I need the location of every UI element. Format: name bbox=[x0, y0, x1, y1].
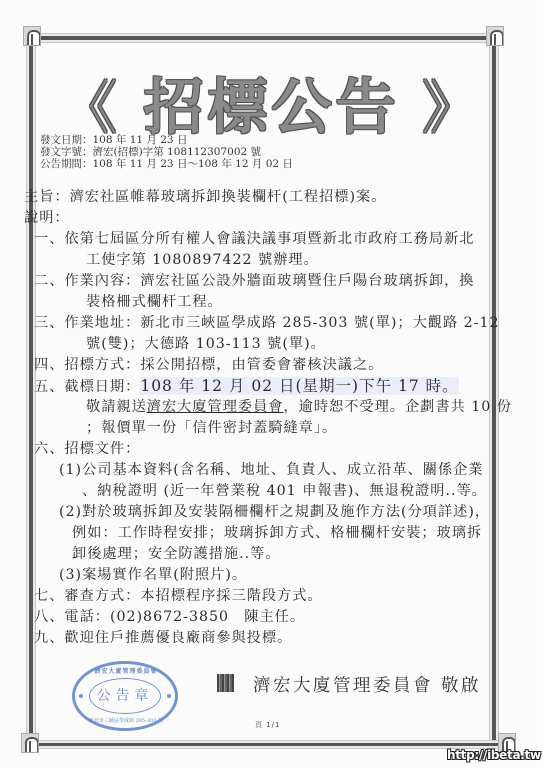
signature: 濟宏大廈管理委員會 敬啟 bbox=[253, 672, 481, 697]
stamp-top-text: 濟宏大廈管理委員會 bbox=[89, 666, 163, 675]
item-three-line-2: 號(雙)；大德路 103-113 號(單)。 bbox=[24, 334, 494, 355]
item-one-line-1: 一、依第七屆區分所有權人會議決議事項暨新北市政府工務局新北 bbox=[24, 229, 494, 250]
subject: 主旨：濟宏社區帷幕玻璃拆卸換裝欄杆(工程招標)案。 bbox=[24, 187, 494, 208]
stamp-dot-icon bbox=[167, 694, 171, 698]
item-two-line-1: 二、作業內容：濟宏社區公設外牆面玻璃暨住戶陽台玻璃拆卸，換 bbox=[24, 271, 494, 292]
item-six-1-line-2: 、納稅證明 (近一年營業稅 401 申報書)、無退稅證明..等。 bbox=[24, 481, 494, 502]
item-five-line-1: 五、截標日期：108 年 12 月 02 日(星期一)下午 17 時。 bbox=[24, 376, 494, 397]
item-six-2-line-3: 卸後處理；安全防護措施..等。 bbox=[24, 544, 494, 565]
stamp-center-text: 公告章 bbox=[90, 685, 160, 705]
frame-border-bottom bbox=[35, 740, 505, 749]
stamp-inner-oval: 公告章 bbox=[89, 678, 161, 714]
deadline-label: 五、截標日期： bbox=[34, 379, 140, 395]
issue-date: 發文日期：108 年 11 月 23 日 bbox=[40, 134, 293, 146]
announcement-period: 公告期間：108 年 11 月 23 日～108 年 12 月 02 日 bbox=[40, 158, 293, 170]
item-nine: 九、歡迎住戶推薦優良廠商參與投標。 bbox=[24, 628, 494, 649]
item-four: 四、招標方式：採公開招標，由管委會審核決議之。 bbox=[24, 355, 494, 376]
title-text: 招標公告 bbox=[144, 73, 400, 143]
item-eight: 八、電話：(02)8672-3850 陳主任。 bbox=[24, 607, 494, 628]
title-close-bracket: 》 bbox=[422, 74, 484, 142]
title-open-bracket: 《 bbox=[59, 74, 121, 142]
stamp-dot-icon bbox=[79, 694, 83, 698]
item-two-line-2: 裝格柵式欄杆工程。 bbox=[24, 292, 494, 313]
item-seven: 七、審查方式：本招標程序採三階段方式。 bbox=[24, 586, 494, 607]
page-number: 頁 1/1 bbox=[255, 720, 281, 730]
deadline-value: 108 年 12 月 02 日(星期一)下午 17 時。 bbox=[140, 377, 458, 395]
committee-name: 濟宏大廈管理委員會 bbox=[147, 399, 284, 415]
watermark: http://ibeta.tw bbox=[447, 748, 541, 762]
frame-corner-ornament-icon bbox=[21, 733, 39, 753]
frame-corner-ornament-icon bbox=[486, 26, 504, 46]
official-seal-stamp: 濟宏大廈管理委員會 公告章 新北市三峽區學成路 285-303 號 bbox=[72, 661, 178, 731]
item-six-1-line-1: (1)公司基本資料(含名稱、地址、負責人、成立沿革、關係企業 bbox=[24, 460, 494, 481]
building-logo-icon bbox=[217, 674, 234, 692]
explanation-label: 說明： bbox=[24, 208, 494, 229]
deliver-prefix: 敬請親送 bbox=[86, 399, 147, 415]
item-six: 六、招標文件： bbox=[24, 439, 494, 460]
document-body: 主旨：濟宏社區帷幕玻璃拆卸換裝欄杆(工程招標)案。 說明： 一、依第七屆區分所有… bbox=[24, 187, 494, 649]
item-one-line-2: 工使字第 1080897422 號辦理。 bbox=[24, 250, 494, 271]
frame-corner-ornament-icon bbox=[23, 26, 41, 46]
item-five-line-2: 敬請親送濟宏大廈管理委員會，逾時恕不受理。企劃書共 10 份 bbox=[24, 397, 494, 418]
document-meta: 發文日期：108 年 11 月 23 日 發文字號：濟宏(招標)字第 10811… bbox=[40, 134, 293, 170]
item-six-2-line-1: (2)對於玻璃拆卸及安裝隔柵欄杆之規劃及施作方法(分項詳述)， bbox=[24, 502, 494, 523]
item-six-2-line-2: 例如：工作時程安排；玻璃拆卸方式、格柵欄杆安裝；玻璃拆 bbox=[24, 523, 494, 544]
item-six-3: (3)案場實作名單(附照片)。 bbox=[24, 565, 494, 586]
document-number: 發文字號：濟宏(招標)字第 108112307002 號 bbox=[40, 146, 293, 158]
deliver-suffix: ，逾時恕不受理。企劃書共 10 份 bbox=[283, 399, 512, 415]
item-three-line-1: 三、作業地址：新北市三峽區學成路 285-303 號(單)；大觀路 2-12 bbox=[24, 313, 494, 334]
frame-border-top bbox=[33, 33, 495, 43]
item-five-line-3: ；報價單一份「信件密封蓋騎縫章」。 bbox=[24, 418, 494, 439]
stamp-bottom-text: 新北市三峽區學成路 285-303 號 bbox=[87, 717, 165, 724]
